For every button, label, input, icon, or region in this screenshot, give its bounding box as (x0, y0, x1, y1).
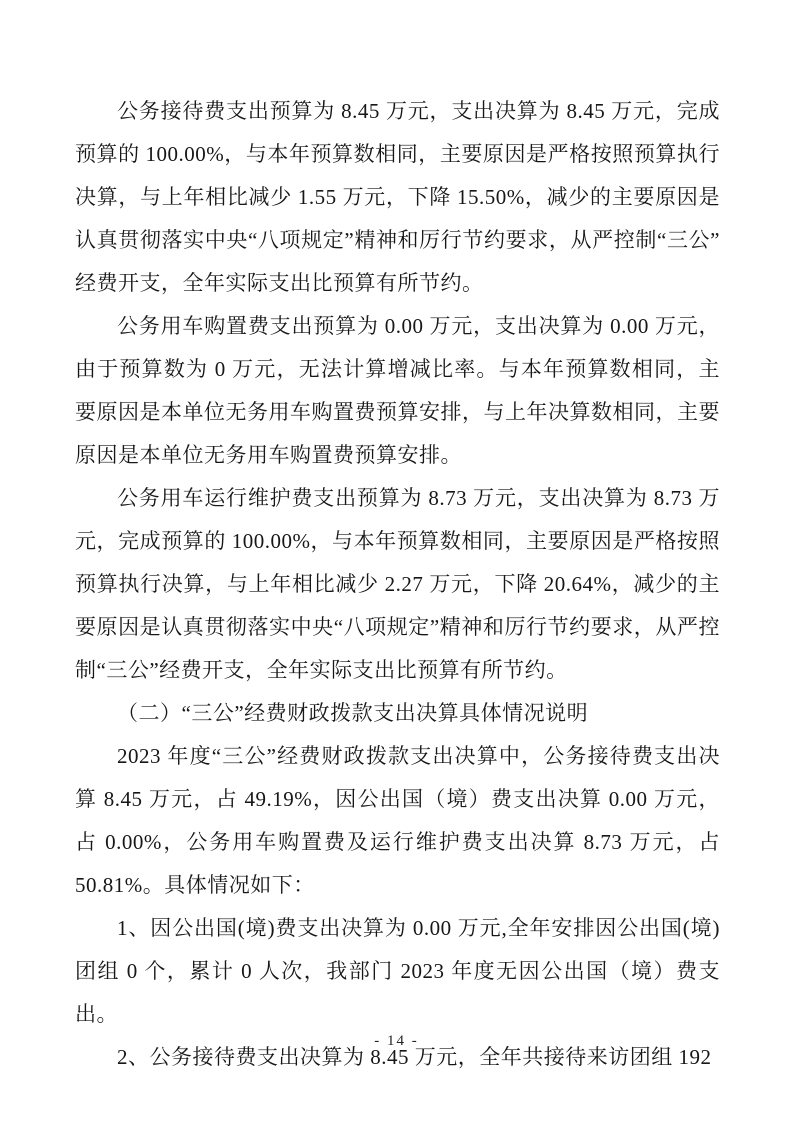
section-heading-three-public-expenses: （二）“三公”经费财政拨款支出决算具体情况说明 (75, 692, 720, 735)
page-number: - 14 - (0, 1030, 793, 1052)
paragraph-vehicle-purchase-budget: 公务用车购置费支出预算为 0.00 万元，支出决算为 0.00 万元，由于预算数… (75, 305, 720, 477)
paragraph-item-1-overseas-trips: 1、因公出国(境)费支出决算为 0.00 万元,全年安排因公出国(境)团组 0 … (75, 907, 720, 1036)
page-body: 公务接待费支出预算为 8.45 万元，支出决算为 8.45 万元，完成预算的 1… (75, 90, 720, 1079)
paragraph-official-reception-budget: 公务接待费支出预算为 8.45 万元，支出决算为 8.45 万元，完成预算的 1… (75, 90, 720, 305)
paragraph-vehicle-maintenance-budget: 公务用车运行维护费支出预算为 8.73 万元，支出决算为 8.73 万元，完成预… (75, 477, 720, 692)
document-page: 公务接待费支出预算为 8.45 万元，支出决算为 8.45 万元，完成预算的 1… (0, 0, 793, 1122)
paragraph-expense-breakdown-summary: 2023 年度“三公”经费财政拨款支出决算中，公务接待费支出决算 8.45 万元… (75, 735, 720, 907)
